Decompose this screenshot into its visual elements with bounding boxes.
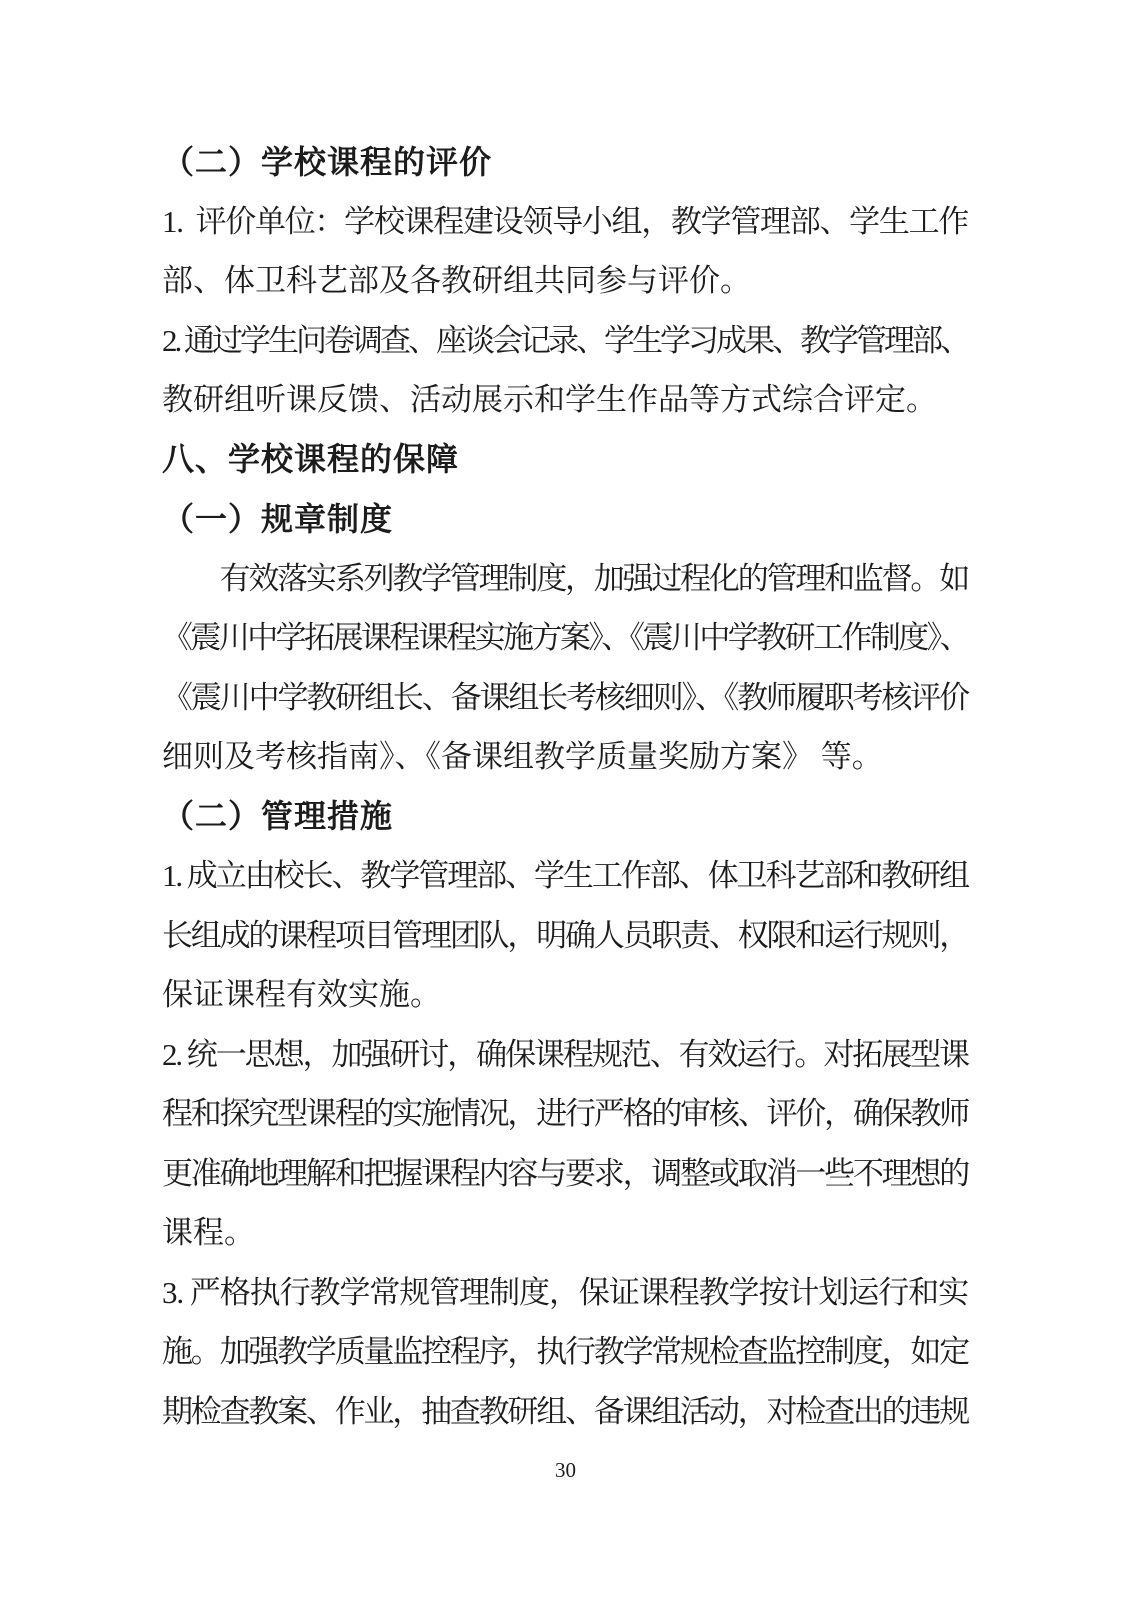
body-text-line: 部、体卫科艺部及各教研组共同参与评价。 xyxy=(162,251,968,311)
body-text-line: 保证课程有效实施。 xyxy=(162,965,968,1025)
body-text-line: 2. 统一思想，加强研讨，确保课程规范、有效运行。对拓展型课 xyxy=(162,1025,968,1085)
line-text: 《震川中学教研组长、备课组长考核细则》、《教师履职考核评价 xyxy=(162,682,968,713)
body-text-line: 3. 严格执行教学常规管理制度，保证课程教学按计划运行和实 xyxy=(162,1263,968,1323)
line-text: 课程。 xyxy=(162,1217,255,1248)
line-text: 期检查教案、作业，抽查教研组、备课组活动，对检查出的违规 xyxy=(162,1396,968,1427)
heading-line: （一）规章制度 xyxy=(162,489,968,549)
line-text: 部、体卫科艺部及各教研组共同参与评价。 xyxy=(162,265,751,296)
line-text: 更准确地理解和把握课程内容与要求，调整或取消一些不理想的 xyxy=(162,1158,968,1189)
body-text-line: 1. 评价单位：学校课程建设领导小组，教学管理部、学生工作 xyxy=(162,192,968,252)
body-text-line: 长组成的课程项目管理团队，明确人员职责、权限和运行规则， xyxy=(162,906,968,966)
heading-line: 八、学校课程的保障 xyxy=(162,430,968,490)
body-text-line: 期检查教案、作业，抽查教研组、备课组活动，对检查出的违规 xyxy=(162,1382,968,1442)
line-text: 八、学校课程的保障 xyxy=(162,443,459,475)
line-text: （一）规章制度 xyxy=(162,503,393,535)
body-text-line: 有效落实系列教学管理制度，加强过程化的管理和监督。如 xyxy=(162,549,968,609)
line-text: （二）学校课程的评价 xyxy=(162,146,492,178)
document-content: （二）学校课程的评价1. 评价单位：学校课程建设领导小组，教学管理部、学生工作部… xyxy=(162,132,968,1441)
body-text-line: 2. 通过学生问卷调查、座谈会记录、学生学习成果、教学管理部、 xyxy=(162,311,968,371)
document-page: （二）学校课程的评价1. 评价单位：学校课程建设领导小组，教学管理部、学生工作部… xyxy=(0,0,1131,1600)
body-text-line: 细则及考核指南》、《备课组教学质量奖励方案》 等。 xyxy=(162,727,968,787)
body-text-line: 《震川中学教研组长、备课组长考核细则》、《教师履职考核评价 xyxy=(162,668,968,728)
body-text-line: 课程。 xyxy=(162,1203,968,1263)
heading-line: （二）管理措施 xyxy=(162,787,968,847)
line-text: 有效落实系列教学管理制度，加强过程化的管理和监督。如 xyxy=(162,563,968,594)
body-text-line: 1. 成立由校长、教学管理部、学生工作部、体卫科艺部和教研组 xyxy=(162,846,968,906)
line-text: 程和探究型课程的实施情况，进行严格的审核、评价，确保教师 xyxy=(162,1098,968,1129)
line-text: 教研组听课反馈、活动展示和学生作品等方式综合评定。 xyxy=(162,384,937,415)
line-text: 2. 通过学生问卷调查、座谈会记录、学生学习成果、教学管理部、 xyxy=(162,325,968,356)
body-text-line: 教研组听课反馈、活动展示和学生作品等方式综合评定。 xyxy=(162,370,968,430)
body-text-line: 施。加强教学质量监控程序，执行教学常规检查监控制度，如定 xyxy=(162,1322,968,1382)
heading-line: （二）学校课程的评价 xyxy=(162,132,968,192)
body-text-line: 更准确地理解和把握课程内容与要求，调整或取消一些不理想的 xyxy=(162,1144,968,1204)
line-text: 2. 统一思想，加强研讨，确保课程规范、有效运行。对拓展型课 xyxy=(162,1039,968,1070)
line-text: 细则及考核指南》、《备课组教学质量奖励方案》 等。 xyxy=(162,741,883,772)
line-text: 长组成的课程项目管理团队，明确人员职责、权限和运行规则， xyxy=(162,920,968,951)
body-text-line: 程和探究型课程的实施情况，进行严格的审核、评价，确保教师 xyxy=(162,1084,968,1144)
line-text: 保证课程有效实施。 xyxy=(162,979,441,1010)
body-text-line: 《震川中学拓展课程课程实施方案》、《震川中学教研工作制度》、 xyxy=(162,608,968,668)
page-number: 30 xyxy=(555,1458,576,1482)
page-footer: 30 xyxy=(0,1458,1131,1483)
line-text: 3. 严格执行教学常规管理制度，保证课程教学按计划运行和实 xyxy=(162,1277,968,1308)
line-text: 《震川中学拓展课程课程实施方案》、《震川中学教研工作制度》、 xyxy=(162,622,968,653)
line-text: 1. 评价单位：学校课程建设领导小组，教学管理部、学生工作 xyxy=(162,206,968,237)
line-text: 1. 成立由校长、教学管理部、学生工作部、体卫科艺部和教研组 xyxy=(162,860,968,891)
line-text: 施。加强教学质量监控程序，执行教学常规检查监控制度，如定 xyxy=(162,1336,968,1367)
line-text: （二）管理措施 xyxy=(162,800,393,832)
